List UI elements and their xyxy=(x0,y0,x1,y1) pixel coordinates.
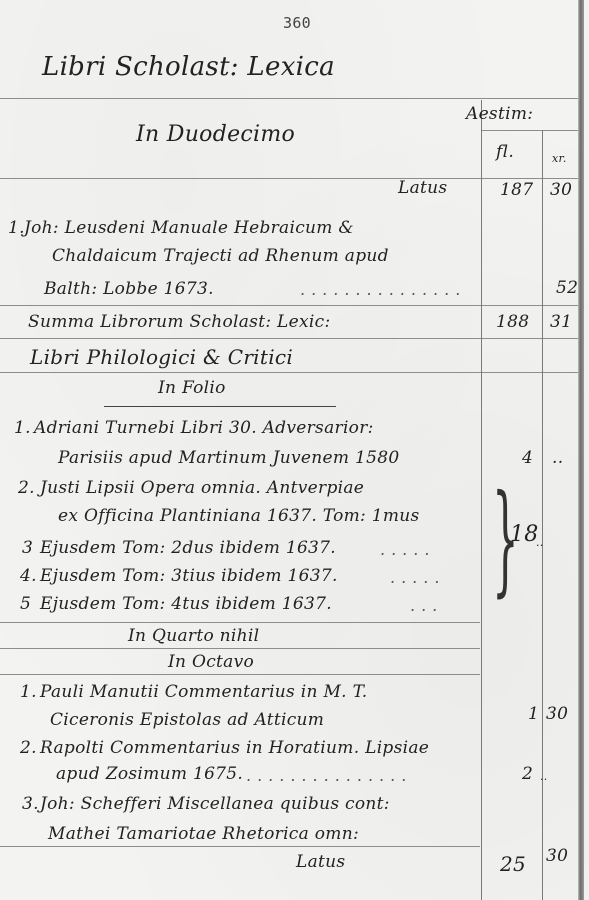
rule-line xyxy=(482,130,578,131)
sum-label: Summa Librorum Scholast: Lexic: xyxy=(28,312,330,332)
section-heading: In Duodecimo xyxy=(136,122,295,147)
leader-dots: ............... xyxy=(246,766,412,785)
entry-number: 3 xyxy=(22,538,33,558)
carry-label: Latus xyxy=(398,178,447,198)
leader-dots: ............... xyxy=(300,280,466,299)
florins-unit-label: fl. xyxy=(496,142,514,162)
page-number: 360 xyxy=(283,14,311,32)
carry-florins: 25 xyxy=(500,852,526,876)
entry-number: 1. xyxy=(20,682,37,702)
entry-line: Mathei Tamariotae Rhetorica omn: xyxy=(48,824,359,844)
entry-kreuzer: .. xyxy=(540,770,548,783)
rule-line xyxy=(0,338,578,339)
entry-line: Ejusdem Tom: 3tius ibidem 1637. xyxy=(40,566,338,586)
rule-line xyxy=(0,622,480,623)
rule-line xyxy=(0,305,578,306)
carry-florins: 187 xyxy=(500,180,533,200)
bracket-total-florins: 18 xyxy=(510,522,539,547)
manuscript-page: 360 Libri Scholast: Lexica Aestim: fl. x… xyxy=(0,0,589,900)
rule-line xyxy=(0,648,480,649)
entry-kreuzer: .. xyxy=(552,448,563,468)
entry-number: 4. xyxy=(20,566,37,586)
bracket-total-kreuzer: .. xyxy=(536,536,544,549)
entry-line: Justi Lipsii Opera omnia. Antverpiae xyxy=(40,478,364,498)
entry-number: 3. xyxy=(22,794,39,814)
column-rule-florins xyxy=(481,100,482,900)
entry-number: 1. xyxy=(8,218,25,238)
subheading-underline xyxy=(104,406,336,407)
entry-line: Ejusdem Tom: 4tus ibidem 1637. xyxy=(40,594,332,614)
entry-line: Joh: Schefferi Miscellanea quibus cont: xyxy=(40,794,390,814)
entry-line: Ejusdem Tom: 2dus ibidem 1637. xyxy=(40,538,336,558)
entry-florins: 2 xyxy=(522,764,533,784)
entry-florins: 4 xyxy=(522,448,533,468)
leader-dots: ..... xyxy=(390,568,445,587)
entry-line: ex Officina Plantiniana 1637. Tom: 1mus xyxy=(58,506,420,526)
entry-florins: 1 xyxy=(528,704,539,724)
rule-line xyxy=(0,846,480,847)
kreuzer-unit-label: xr. xyxy=(552,152,567,165)
section-heading: Libri Philologici & Critici xyxy=(30,345,293,369)
leader-dots: ... xyxy=(410,596,443,615)
valuation-column-header: Aestim: xyxy=(466,104,533,124)
entry-line: Rapolti Commentarius in Horatium. Lipsia… xyxy=(40,738,429,758)
rule-line xyxy=(0,674,480,675)
entry-number: 2. xyxy=(20,738,37,758)
entry-line: Pauli Manutii Commentarius in M. T. xyxy=(40,682,367,702)
page-title: Libri Scholast: Lexica xyxy=(42,52,335,82)
entry-kreuzer: 52 xyxy=(556,278,578,298)
entry-line: Joh: Leusdeni Manuale Hebraicum & xyxy=(24,218,354,238)
entry-number: 2. xyxy=(18,478,35,498)
sum-kreuzer: 31 xyxy=(550,312,572,332)
carry-kreuzer: 30 xyxy=(546,846,568,866)
rule-line xyxy=(0,178,578,179)
entry-number: 1. xyxy=(14,418,31,438)
column-rule-kreuzer xyxy=(542,130,543,900)
page-edge xyxy=(578,0,584,900)
entry-line: Adriani Turnebi Libri 30. Adversarior: xyxy=(34,418,374,438)
section-subheading: In Octavo xyxy=(168,652,254,672)
entry-line: Ciceronis Epistolas ad Atticum xyxy=(50,710,324,730)
entry-line: apud Zosimum 1675. xyxy=(56,764,243,784)
leader-dots: ..... xyxy=(380,540,435,559)
section-heading: In Quarto nihil xyxy=(128,626,259,646)
entry-number: 5 xyxy=(20,594,31,614)
rule-line xyxy=(0,372,578,373)
carry-label: Latus xyxy=(296,852,345,872)
rule-line xyxy=(0,98,578,99)
section-subheading: In Folio xyxy=(158,378,226,398)
entry-kreuzer: 30 xyxy=(546,704,568,724)
carry-kreuzer: 30 xyxy=(550,180,572,200)
entry-line: Parisiis apud Martinum Juvenem 1580 xyxy=(58,448,399,468)
entry-line: Balth: Lobbe 1673. xyxy=(44,279,214,299)
entry-line: Chaldaicum Trajecti ad Rhenum apud xyxy=(52,246,389,266)
sum-florins: 188 xyxy=(496,312,529,332)
